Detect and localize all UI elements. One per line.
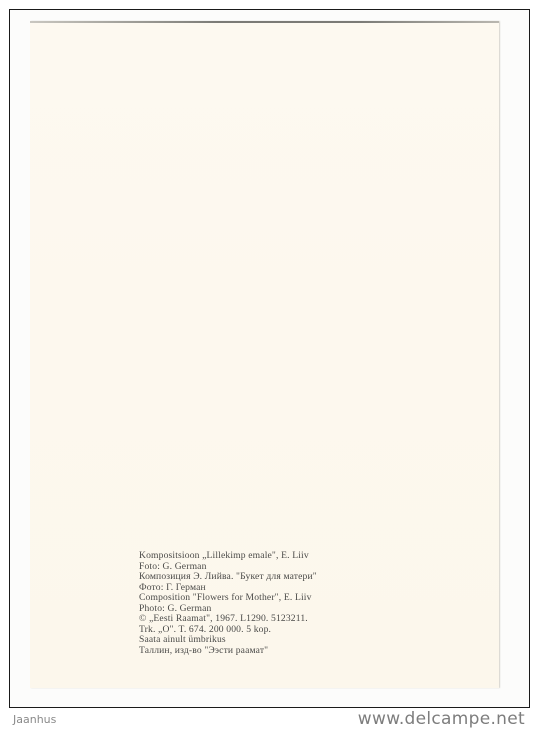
site-watermark: www.delcampe.net [358, 709, 525, 729]
seller-name: Jaanhus [13, 713, 56, 726]
caption-line: Composition "Flowers for Mother", E. Lii… [139, 593, 317, 604]
caption-line: Saata ainult ümbrikus [139, 635, 317, 646]
caption-line: Kompositsioon „Lillekimp emale", E. Liiv [139, 551, 317, 562]
postcard-caption: Kompositsioon „Lillekimp emale", E. Liiv… [139, 551, 317, 656]
caption-line: Таллин, изд-во "Ээсти раамат" [139, 646, 317, 657]
caption-line: Композиция Э. Лийва. "Букет для матери" [139, 572, 317, 583]
caption-line: © „Eesti Raamat", 1967. L1290. 5123211. [139, 614, 317, 625]
